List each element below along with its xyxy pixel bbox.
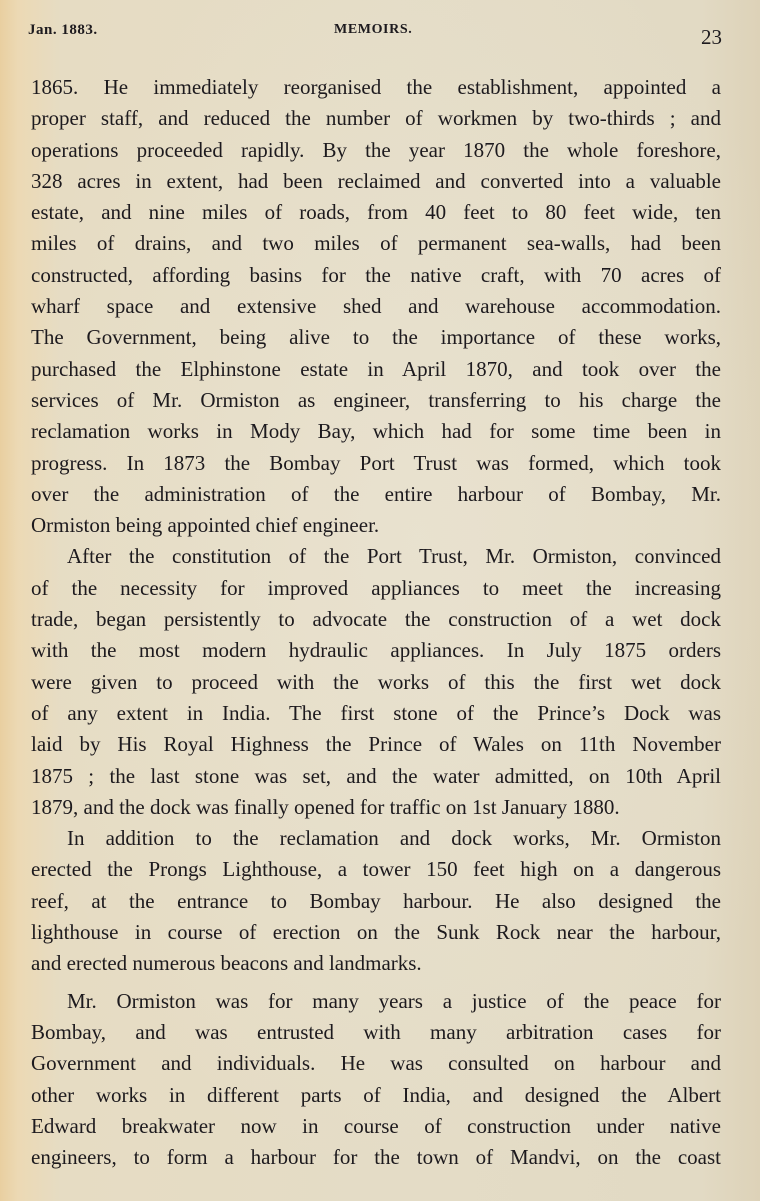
paragraph-3: In addition to the reclamation and dock … xyxy=(31,823,721,979)
text-line: progress. In 1873 the Bombay Port Trust … xyxy=(31,448,721,479)
book-page: Jan. 1883. MEMOIRS. 23 1865. He immediat… xyxy=(0,0,760,1201)
text-line: Government and individuals. He was consu… xyxy=(31,1048,721,1079)
text-line: lighthouse in course of erection on the … xyxy=(31,917,721,948)
text-line: over the administration of the entire ha… xyxy=(31,479,721,510)
text-line: 1875 ; the last stone was set, and the w… xyxy=(31,761,721,792)
text-line: Ormiston being appointed chief engineer. xyxy=(31,510,721,541)
text-line: 1865. He immediately reorganised the est… xyxy=(31,72,721,103)
paragraph-1: 1865. He immediately reorganised the est… xyxy=(31,72,721,541)
text-line: The Government, being alive to the impor… xyxy=(31,322,721,353)
text-line: operations proceeded rapidly. By the yea… xyxy=(31,135,721,166)
text-line: In addition to the reclamation and dock … xyxy=(31,823,721,854)
text-line: miles of drains, and two miles of perman… xyxy=(31,228,721,259)
page-number: 23 xyxy=(701,25,722,50)
text-line: were given to proceed with the works of … xyxy=(31,667,721,698)
text-line: of any extent in India. The first stone … xyxy=(31,698,721,729)
text-line: services of Mr. Ormiston as engineer, tr… xyxy=(31,385,721,416)
text-line: reclamation works in Mody Bay, which had… xyxy=(31,416,721,447)
text-line: of the necessity for improved appliances… xyxy=(31,573,721,604)
paragraph-4: Mr. Ormiston was for many years a justic… xyxy=(31,986,721,1174)
text-line: proper staff, and reduced the number of … xyxy=(31,103,721,134)
text-line: Bombay, and was entrusted with many arbi… xyxy=(31,1017,721,1048)
text-line: 328 acres in extent, had been reclaimed … xyxy=(31,166,721,197)
text-line: engineers, to form a harbour for the tow… xyxy=(31,1142,721,1173)
text-line: 1879, and the dock was finally opened fo… xyxy=(31,792,721,823)
running-head-date: Jan. 1883. xyxy=(28,22,98,39)
text-line: Mr. Ormiston was for many years a justic… xyxy=(31,986,721,1017)
text-line: erected the Prongs Lighthouse, a tower 1… xyxy=(31,854,721,885)
text-line: other works in different parts of India,… xyxy=(31,1080,721,1111)
body-text: 1865. He immediately reorganised the est… xyxy=(31,72,721,1173)
text-line: Edward breakwater now in course of const… xyxy=(31,1111,721,1142)
text-line: purchased the Elphinstone estate in Apri… xyxy=(31,354,721,385)
text-line: estate, and nine miles of roads, from 40… xyxy=(31,197,721,228)
text-line: reef, at the entrance to Bombay harbour.… xyxy=(31,886,721,917)
paragraph-2: After the constitution of the Port Trust… xyxy=(31,541,721,823)
text-line: trade, began persistently to advocate th… xyxy=(31,604,721,635)
text-line: and erected numerous beacons and landmar… xyxy=(31,948,721,979)
text-line: After the constitution of the Port Trust… xyxy=(31,541,721,572)
running-head-title: MEMOIRS. xyxy=(334,22,412,38)
text-line: constructed, affording basins for the na… xyxy=(31,260,721,291)
text-line: wharf space and extensive shed and wareh… xyxy=(31,291,721,322)
text-line: laid by His Royal Highness the Prince of… xyxy=(31,729,721,760)
running-header: Jan. 1883. MEMOIRS. 23 xyxy=(28,22,722,52)
text-line: with the most modern hydraulic appliance… xyxy=(31,635,721,666)
